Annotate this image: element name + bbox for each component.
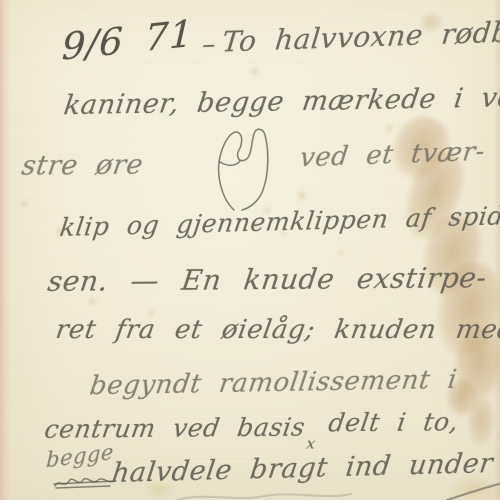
- handwriting-line-6: ret fra et øielåg; knuden med: [54, 315, 500, 345]
- insertion-mark: x: [305, 434, 317, 452]
- stain-blob: [468, 398, 494, 446]
- stain-speckle: [386, 124, 393, 131]
- stain-speckle: [88, 298, 96, 305]
- line-8-text-b: delt i to,: [327, 407, 461, 437]
- handwriting-line-3a: stre øre: [20, 149, 146, 181]
- ear-sketch-drawing: [206, 122, 278, 212]
- stain-speckle: [250, 67, 259, 75]
- handwriting-line-5: sen. — En knude exstirpe-: [46, 261, 489, 298]
- line-8-text-a: centrum ved basis: [43, 413, 308, 444]
- manuscript-page: 9/6 71 – To halvvoxne rødbrune kaniner, …: [0, 0, 500, 500]
- date-dash: –: [201, 30, 218, 61]
- stain-speckle: [338, 250, 344, 256]
- cutoff-line-strokes: [175, 488, 355, 500]
- stain-speckle: [297, 191, 307, 200]
- stain-speckle: [20, 200, 28, 207]
- cutoff-line-strokes: [443, 481, 500, 500]
- entry-date: 9/6 71: [61, 12, 194, 69]
